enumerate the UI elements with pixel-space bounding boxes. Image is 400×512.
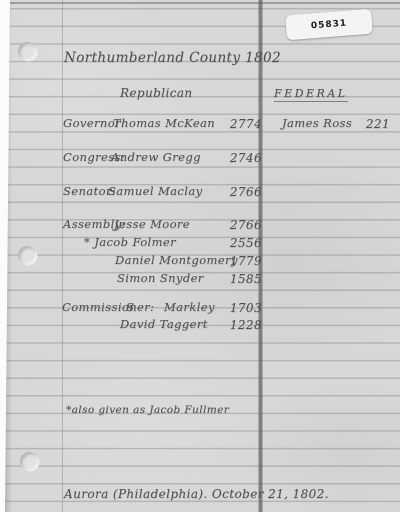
vote-count: 1228	[222, 319, 262, 331]
column-header-republican: Republican	[120, 87, 193, 99]
result-row-assembly-4: Simon Snyder 1585	[0, 273, 400, 289]
candidate-name: Thomas McKean	[113, 118, 215, 130]
punch-hole-bottom	[20, 452, 39, 471]
candidate-name: Daniel Montgomery	[115, 255, 238, 267]
vote-count: 2774	[222, 118, 262, 130]
result-row-assembly-3: Daniel Montgomery 1779	[0, 255, 400, 271]
candidate-surname: Markley	[164, 302, 215, 314]
source-citation: Aurora (Philadelphia). October 21, 1802.	[64, 488, 329, 500]
vote-count: 2746	[222, 152, 262, 164]
vote-count: 2556	[222, 237, 262, 249]
candidate-name: Samuel Maclay	[108, 186, 203, 198]
vote-count: 1703	[222, 302, 262, 314]
result-row-senator: Senator: Samuel Maclay 2766	[0, 186, 400, 202]
result-row-commissioner-2: David Taggert 1228	[0, 319, 400, 335]
result-row-assembly-2: * Jacob Folmer 2556	[0, 237, 400, 253]
vote-count: 2766	[222, 186, 262, 198]
page-title: Northumberland County 1802	[64, 52, 281, 66]
punch-hole-top	[18, 42, 37, 61]
scanned-document-page: 05831 Northumberland County 1802 Republi…	[0, 0, 400, 512]
column-header-federal: FEDERAL	[274, 88, 348, 102]
top-rule-line	[0, 2, 400, 4]
federal-candidate-name: James Ross	[282, 118, 352, 130]
vote-count: 2766	[222, 219, 262, 231]
candidate-name: Andrew Gregg	[111, 152, 201, 164]
result-row-assembly-1: Assembly: Jesse Moore 2766	[0, 219, 400, 235]
result-row-congress: Congress: Andrew Gregg 2746	[0, 152, 400, 168]
vote-count: 1585	[222, 273, 262, 285]
candidate-name: Jesse Moore	[114, 219, 190, 231]
candidate-name: * Jacob Folmer	[84, 237, 176, 249]
federal-vote-count: 221	[356, 118, 390, 130]
candidate-initial: S	[126, 302, 134, 314]
footnote: *also given as Jacob Fullmer	[66, 405, 229, 416]
result-row-governor: Governor: Thomas McKean 2774 James Ross …	[0, 118, 400, 134]
candidate-name: Simon Snyder	[117, 273, 204, 285]
notebook-paper: 05831 Northumberland County 1802 Republi…	[0, 0, 400, 512]
candidate-name: David Taggert	[120, 319, 208, 331]
result-row-commissioner-1: Commissioner: S Markley 1703	[0, 302, 400, 318]
vote-count: 1779	[222, 255, 262, 267]
office-label: Commissioner:	[62, 302, 154, 314]
archive-number: 05831	[311, 18, 348, 31]
